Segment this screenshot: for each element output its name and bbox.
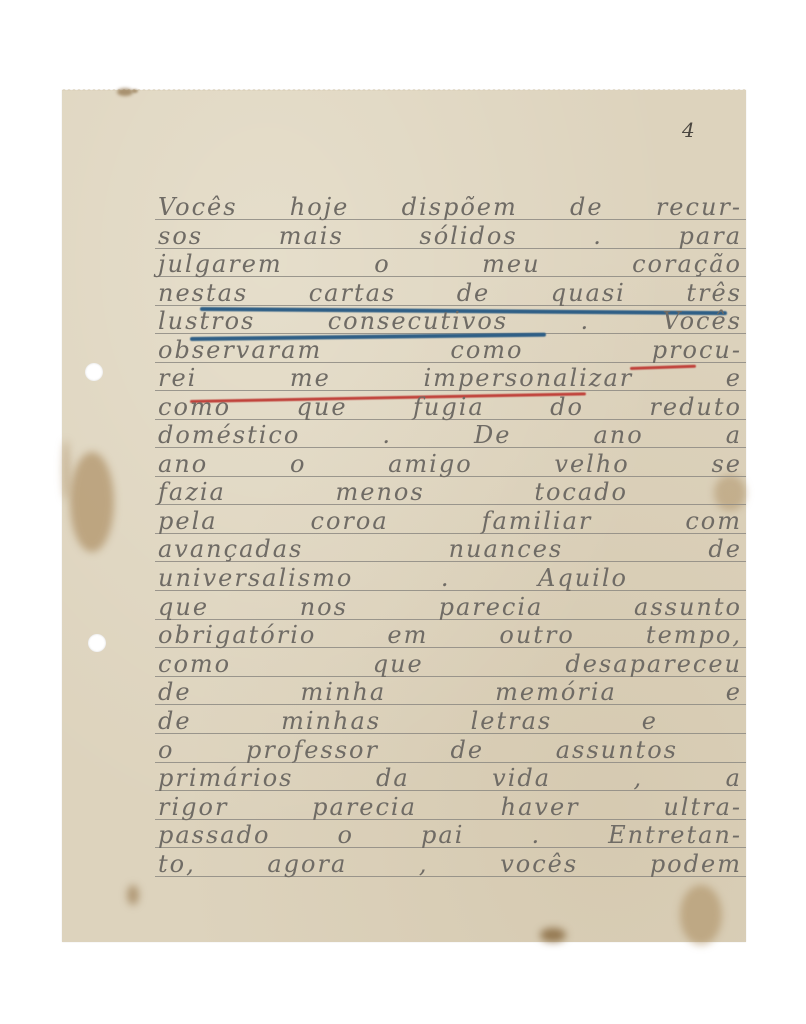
word: de — [708, 536, 742, 562]
word: e — [642, 708, 658, 734]
word: Aquilo — [538, 565, 628, 591]
stain-bottom-right — [680, 885, 722, 945]
word: letras — [471, 708, 553, 734]
word: velho — [554, 451, 629, 477]
word: amigo — [388, 451, 473, 477]
word: . — [580, 308, 590, 334]
word: como — [158, 651, 231, 677]
handwritten-line-12: pela coroa familiar com — [158, 508, 742, 534]
stain-top-mid — [132, 89, 138, 93]
word: de — [158, 679, 192, 705]
handwritten-line-11: fazia menos tocado — [158, 479, 628, 505]
word: em — [387, 622, 428, 648]
word: coroa — [311, 508, 389, 534]
handwritten-line-3: julgarem o meu coração — [158, 251, 742, 277]
word: . — [593, 223, 603, 249]
punch-hole-top — [85, 363, 103, 381]
word: a — [726, 765, 742, 791]
word: assuntos — [556, 737, 678, 763]
word: para — [679, 223, 742, 249]
word: professor — [246, 737, 379, 763]
word: nos — [300, 594, 348, 620]
word: fugia — [413, 394, 485, 420]
word: menos — [335, 479, 424, 505]
handwritten-line-1: Vocês hoje dispõem de recur- — [158, 194, 742, 220]
word: observaram — [158, 337, 322, 363]
handwritten-line-21: primários da vida , a — [158, 765, 742, 791]
word: da — [376, 765, 410, 791]
word: o — [374, 251, 390, 277]
word: e — [726, 365, 742, 391]
stain-left-edge — [62, 440, 70, 500]
word: como — [450, 337, 523, 363]
word: assunto — [634, 594, 742, 620]
word: pai — [421, 822, 464, 848]
word: o — [338, 822, 354, 848]
page-number: 4 — [682, 118, 695, 142]
word: De — [474, 422, 511, 448]
word: parecia — [439, 594, 544, 620]
word: de — [158, 708, 192, 734]
handwritten-line-2: sos mais sólidos . para — [158, 223, 742, 249]
word: vocês — [500, 851, 578, 877]
word: de — [457, 280, 491, 306]
word: recur- — [656, 194, 742, 220]
word: cartas — [309, 280, 397, 306]
handwritten-line-16: obrigatório em outro tempo, — [158, 622, 742, 648]
word: sos — [158, 223, 203, 249]
handwritten-line-6: observaram como procu- — [158, 337, 742, 363]
word: tocado — [534, 479, 628, 505]
word: meu — [482, 251, 540, 277]
handwritten-line-23: passado o pai . Entretan- — [158, 822, 742, 848]
word: ultra- — [663, 794, 742, 820]
stain-bottom-left — [127, 885, 139, 905]
handwritten-line-7: rei me impersonalizar e — [158, 365, 742, 391]
word: to, — [158, 851, 196, 877]
word: familiar — [482, 508, 593, 534]
word: Vocês — [158, 194, 238, 220]
word: de — [451, 737, 485, 763]
word: universalismo — [158, 565, 353, 591]
word: que — [373, 651, 424, 677]
word: desapareceu — [565, 651, 742, 677]
handwritten-line-5: lustros consecutivos . Vocês — [158, 308, 742, 334]
handwritten-line-4: nestas cartas de quasi três — [158, 280, 742, 306]
word: que — [158, 594, 209, 620]
handwritten-line-10: ano o amigo velho se — [158, 451, 742, 477]
handwritten-line-13: avançadas nuances de — [158, 536, 742, 562]
word: haver — [501, 794, 580, 820]
word: que — [297, 394, 348, 420]
word: impersonalizar — [423, 365, 633, 391]
word: podem — [650, 851, 742, 877]
word: primários — [158, 765, 294, 791]
handwritten-line-17: como que desapareceu — [158, 651, 742, 677]
handwritten-line-22: rigor parecia haver ultra- — [158, 794, 742, 820]
word: se — [711, 451, 742, 477]
word: . — [531, 822, 541, 848]
word: . — [441, 565, 451, 591]
handwritten-line-24: to, agora , vocês podem — [158, 851, 742, 877]
letter-page: 4 Vocês hoje dispõem de recur- sos mais … — [62, 90, 746, 942]
word: tempo, — [646, 622, 742, 648]
punch-hole-bottom — [88, 634, 106, 652]
word: obrigatório — [158, 622, 316, 648]
word: rei — [158, 365, 197, 391]
word: . — [382, 422, 392, 448]
handwritten-line-9: doméstico . De ano a — [158, 422, 742, 448]
word: ano — [593, 422, 643, 448]
word: consecutivos — [328, 308, 508, 334]
word: memória — [495, 679, 617, 705]
word: mais — [279, 223, 344, 249]
word: outro — [499, 622, 574, 648]
word: como — [158, 394, 231, 420]
handwritten-line-14: universalismo . Aquilo — [158, 565, 628, 591]
word: a — [726, 422, 742, 448]
stain-top-left — [117, 88, 133, 96]
word: vida — [492, 765, 551, 791]
handwritten-line-18: de minha memória e — [158, 679, 742, 705]
word: agora — [267, 851, 347, 877]
word: parecia — [312, 794, 417, 820]
word: nestas — [158, 280, 248, 306]
word: e — [726, 679, 742, 705]
word: nuances — [449, 536, 564, 562]
word: minha — [301, 679, 387, 705]
word: doméstico — [158, 422, 300, 448]
word: hoje — [290, 194, 350, 220]
word: minhas — [281, 708, 381, 734]
word: quasi — [551, 280, 626, 306]
word: procu- — [652, 337, 742, 363]
word: ano — [158, 451, 208, 477]
word: passado — [158, 822, 270, 848]
word: me — [290, 365, 331, 391]
word: dispõem — [402, 194, 518, 220]
word: sólidos — [419, 223, 517, 249]
stain-bottom-center — [540, 928, 566, 942]
handwritten-line-20: o professor de assuntos — [158, 737, 678, 763]
perforated-top-edge — [62, 87, 746, 91]
word: julgarem — [158, 251, 283, 277]
handwritten-line-19: de minhas letras e — [158, 708, 658, 734]
word: Entretan- — [608, 822, 742, 848]
word: do — [550, 394, 584, 420]
word: reduto — [649, 394, 742, 420]
word: de — [570, 194, 604, 220]
word: coração — [632, 251, 742, 277]
word: rigor — [158, 794, 228, 820]
word: fazia — [158, 479, 226, 505]
word: avançadas — [158, 536, 303, 562]
word: , — [419, 851, 429, 877]
handwritten-line-8: como que fugia do reduto — [158, 394, 742, 420]
word: , — [634, 765, 644, 791]
word: Vocês — [662, 308, 742, 334]
stain-right-middle — [714, 475, 746, 511]
word: pela — [158, 508, 218, 534]
word: três — [686, 280, 742, 306]
word: o — [290, 451, 306, 477]
word: lustros — [158, 308, 255, 334]
word: com — [685, 508, 742, 534]
handwritten-line-15: que nos parecia assunto — [158, 594, 742, 620]
word: o — [158, 737, 174, 763]
stain-left-middle — [70, 452, 114, 552]
